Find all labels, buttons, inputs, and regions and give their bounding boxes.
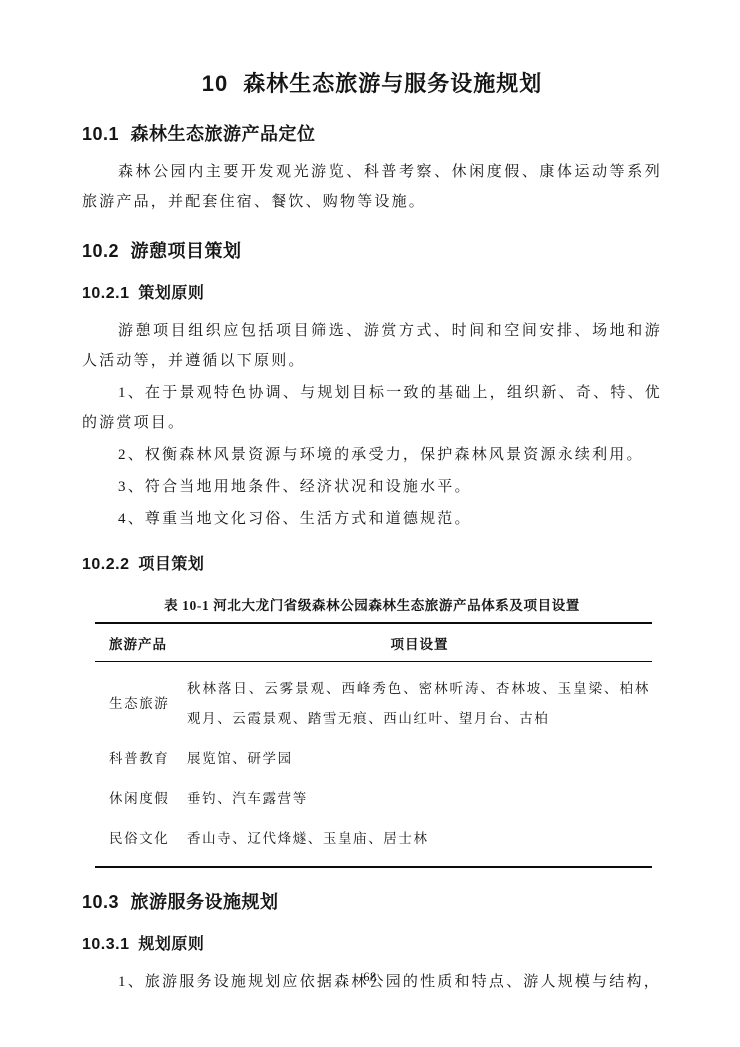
tourism-products-table-wrapper: 旅游产品 项目设置 生态旅游 秋林落日、云雾景观、西峰秀色、密林听涛、杏林坡、玉…: [95, 622, 652, 868]
projects-cell: 香山寺、辽代烽燧、玉皇庙、居士林: [187, 819, 652, 867]
table-header-row: 旅游产品 项目设置: [95, 623, 652, 662]
section-heading-10-1: 10.1 森林生态旅游产品定位: [82, 122, 662, 146]
principle-item-2: 2、权衡森林风景资源与环境的承受力，保护森林风景资源永续利用。: [82, 440, 662, 470]
paragraph-10-2-1-intro: 游憩项目组织应包括项目筛选、游赏方式、时间和空间安排、场地和游人活动等，并遵循以…: [82, 316, 662, 376]
product-cell: 科普教育: [95, 739, 187, 779]
table-row: 生态旅游 秋林落日、云雾景观、西峰秀色、密林听涛、杏林坡、玉皇梁、柏林观月、云霞…: [95, 662, 652, 740]
table-caption: 表 10-1 河北大龙门省级森林公园森林生态旅游产品体系及项目设置: [82, 594, 662, 614]
paragraph-10-1: 森林公园内主要开发观光游览、科普考察、休闲度假、康体运动等系列旅游产品，并配套住…: [82, 157, 662, 217]
product-cell: 生态旅游: [95, 662, 187, 740]
column-header-projects: 项目设置: [187, 623, 652, 662]
section-heading-10-3: 10.3 旅游服务设施规划: [82, 890, 662, 914]
section-heading-10-2: 10.2 游憩项目策划: [82, 239, 662, 263]
tourism-products-table: 旅游产品 项目设置 生态旅游 秋林落日、云雾景观、西峰秀色、密林听涛、杏林坡、玉…: [95, 622, 652, 868]
projects-cell: 垂钓、汽车露营等: [187, 779, 652, 819]
chapter-title: 10 森林生态旅游与服务设施规划: [82, 68, 662, 100]
section-heading-10-2-1: 10.2.1 策划原则: [82, 283, 662, 305]
projects-cell: 秋林落日、云雾景观、西峰秀色、密林听涛、杏林坡、玉皇梁、柏林观月、云霞景观、踏雪…: [187, 662, 652, 740]
principle-item-1: 1、在于景观特色协调、与规划目标一致的基础上，组织新、奇、特、优的游赏项目。: [82, 378, 662, 438]
principle-item-4: 4、尊重当地文化习俗、生活方式和道德规范。: [82, 504, 662, 534]
section-heading-10-3-1: 10.3.1 规划原则: [82, 934, 662, 956]
column-header-product: 旅游产品: [95, 623, 187, 662]
page-number: 68: [0, 970, 740, 985]
table-row: 科普教育 展览馆、研学园: [95, 739, 652, 779]
product-cell: 休闲度假: [95, 779, 187, 819]
principle-item-3: 3、符合当地用地条件、经济状况和设施水平。: [82, 472, 662, 502]
projects-cell: 展览馆、研学园: [187, 739, 652, 779]
table-row: 休闲度假 垂钓、汽车露营等: [95, 779, 652, 819]
document-page: 10 森林生态旅游与服务设施规划 10.1 森林生态旅游产品定位 森林公园内主要…: [0, 0, 740, 1047]
product-cell: 民俗文化: [95, 819, 187, 867]
section-heading-10-2-2: 10.2.2 项目策划: [82, 554, 662, 576]
table-row: 民俗文化 香山寺、辽代烽燧、玉皇庙、居士林: [95, 819, 652, 867]
